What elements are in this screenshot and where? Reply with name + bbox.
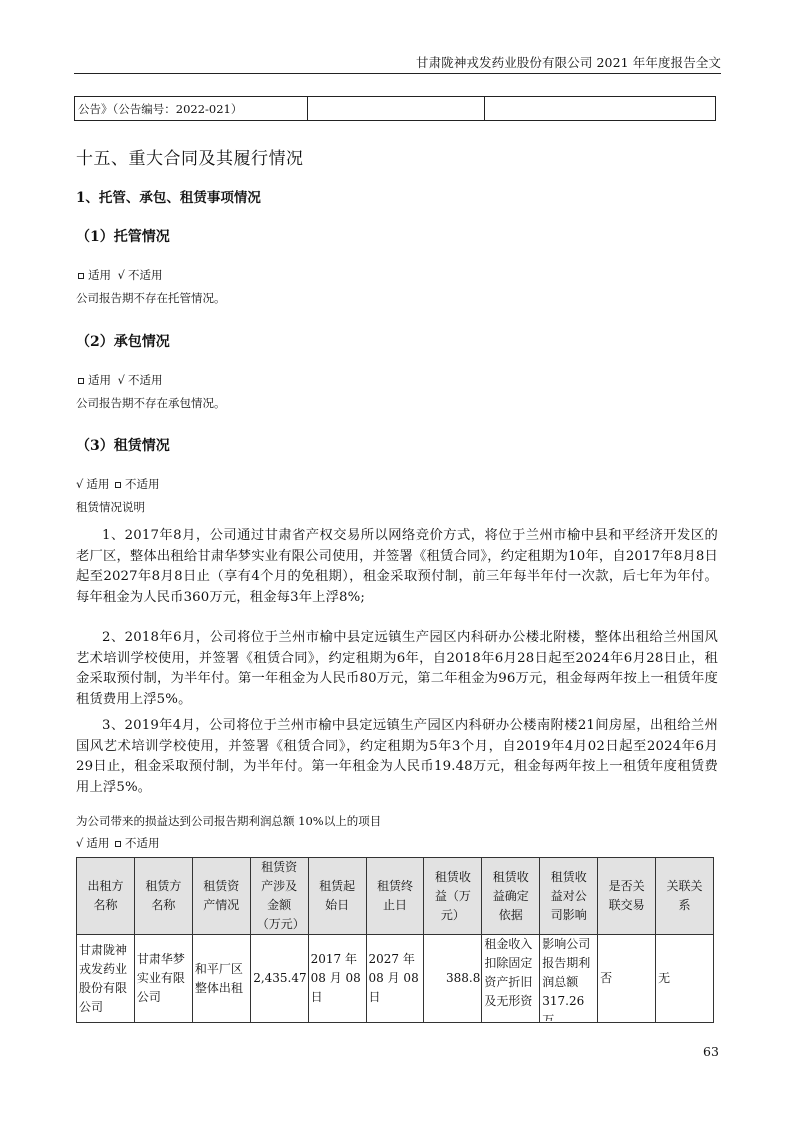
applicable-label: 适用 bbox=[86, 836, 109, 850]
table-cell: 公告》（公告编号：2022-021） bbox=[75, 97, 308, 121]
cell-end-date: 2027 年 08 月 08 日 bbox=[366, 935, 424, 1023]
applicable-label: 适用 bbox=[88, 373, 111, 387]
continued-table: 公告》（公告编号：2022-021） bbox=[74, 96, 716, 121]
header-income-basis: 租赁收益确定依据 bbox=[482, 858, 540, 935]
header-asset-amount: 租赁资产涉及金额（万元） bbox=[250, 858, 308, 935]
lease-paragraph-2: 2、2018年6月，公司将位于兰州市榆中县定远镇生产园区内科研办公楼北附楼，整体… bbox=[76, 628, 718, 710]
header-relationship: 关联关系 bbox=[656, 858, 714, 935]
report-title: 甘肃陇神戎发药业股份有限公司 2021 年年度报告全文 bbox=[416, 56, 721, 70]
header-end-date: 租赁终止日 bbox=[366, 858, 424, 935]
cell-asset-amount: 2,435.47 bbox=[250, 935, 308, 1023]
section-title: 十五、重大合同及其履行情况 bbox=[76, 144, 304, 169]
cell-start-date: 2017 年 08 月 08 日 bbox=[308, 935, 366, 1023]
lease-paragraph-1: 1、2017年8月，公司通过甘肃省产权交易所以网络竞价方式，将位于兰州市榆中县和… bbox=[76, 526, 718, 608]
not-applicable-label: 不适用 bbox=[128, 268, 163, 282]
applicable-label: 适用 bbox=[86, 477, 109, 491]
cell-lessor: 甘肃陇神戎发药业股份有限公司 bbox=[77, 935, 135, 1023]
check-mark-icon: √ bbox=[118, 268, 125, 282]
leasing-applicability: √适用 不适用 bbox=[76, 476, 159, 492]
cell-lease-income: 388.8 bbox=[424, 935, 482, 1023]
cell-text: 影响公司报告期利润总额 317.26 万 bbox=[542, 935, 595, 1021]
major-projects-applicability: √适用 不适用 bbox=[76, 835, 159, 851]
unchecked-box-icon bbox=[78, 378, 84, 384]
not-applicable-label: 不适用 bbox=[128, 373, 163, 387]
header-income-impact: 租赁收益对公司影响 bbox=[540, 858, 598, 935]
not-applicable-label: 不适用 bbox=[125, 477, 160, 491]
page-number: 63 bbox=[703, 1044, 719, 1059]
cell-lessee: 甘肃华梦实业有限公司 bbox=[134, 935, 192, 1023]
cell-relationship: 无 bbox=[656, 935, 714, 1023]
check-mark-icon: √ bbox=[118, 373, 125, 387]
table-header-row: 出租方名称 租赁方名称 租赁资产情况 租赁资产涉及金额（万元） 租赁起始日 租赁… bbox=[77, 858, 714, 935]
trusteeship-applicability: 适用 √不适用 bbox=[76, 267, 162, 283]
major-projects-title: 为公司带来的损益达到公司报告期利润总额 10%以上的项目 bbox=[76, 813, 381, 829]
table-row: 公告》（公告编号：2022-021） bbox=[75, 97, 716, 121]
cell-text: 租金收入扣除固定资产折旧及无形资 bbox=[484, 935, 537, 1021]
page-header: 甘肃陇神戎发药业股份有限公司 2021 年年度报告全文 bbox=[74, 56, 721, 74]
table-cell bbox=[308, 97, 485, 121]
check-mark-icon: √ bbox=[76, 836, 83, 850]
leasing-description-label: 租赁情况说明 bbox=[76, 499, 145, 515]
header-related-transaction: 是否关联交易 bbox=[598, 858, 656, 935]
header-lessee: 租赁方名称 bbox=[134, 858, 192, 935]
subsection-title: 1、托管、承包、租赁事项情况 bbox=[76, 186, 261, 206]
not-applicable-label: 不适用 bbox=[125, 836, 160, 850]
lease-projects-table: 出租方名称 租赁方名称 租赁资产情况 租赁资产涉及金额（万元） 租赁起始日 租赁… bbox=[76, 857, 714, 1023]
table-row: 甘肃陇神戎发药业股份有限公司 甘肃华梦实业有限公司 和平厂区整体出租 2,435… bbox=[77, 935, 714, 1023]
cell-related-transaction: 否 bbox=[598, 935, 656, 1023]
unchecked-box-icon bbox=[78, 273, 84, 279]
check-mark-icon: √ bbox=[76, 477, 83, 491]
cell-income-basis: 租金收入扣除固定资产折旧及无形资 bbox=[482, 935, 540, 1023]
trusteeship-note: 公司报告期不存在托管情况。 bbox=[76, 290, 226, 306]
unchecked-box-icon bbox=[115, 841, 121, 847]
header-lessor: 出租方名称 bbox=[77, 858, 135, 935]
cell-asset: 和平厂区整体出租 bbox=[192, 935, 250, 1023]
applicable-label: 适用 bbox=[88, 268, 111, 282]
header-lease-income: 租赁收益（万元） bbox=[424, 858, 482, 935]
cell-income-impact: 影响公司报告期利润总额 317.26 万 bbox=[540, 935, 598, 1023]
unchecked-box-icon bbox=[115, 482, 121, 488]
header-asset: 租赁资产情况 bbox=[192, 858, 250, 935]
table-cell bbox=[485, 97, 716, 121]
leasing-title: （3）租赁情况 bbox=[76, 435, 170, 455]
contracting-title: （2）承包情况 bbox=[76, 331, 170, 351]
contracting-applicability: 适用 √不适用 bbox=[76, 372, 162, 388]
lease-paragraph-3: 3、2019年4月，公司将位于兰州市榆中县定远镇生产园区内科研办公楼南附楼21间… bbox=[76, 716, 718, 798]
trusteeship-title: （1）托管情况 bbox=[76, 226, 170, 246]
header-start-date: 租赁起始日 bbox=[308, 858, 366, 935]
contracting-note: 公司报告期不存在承包情况。 bbox=[76, 395, 226, 411]
